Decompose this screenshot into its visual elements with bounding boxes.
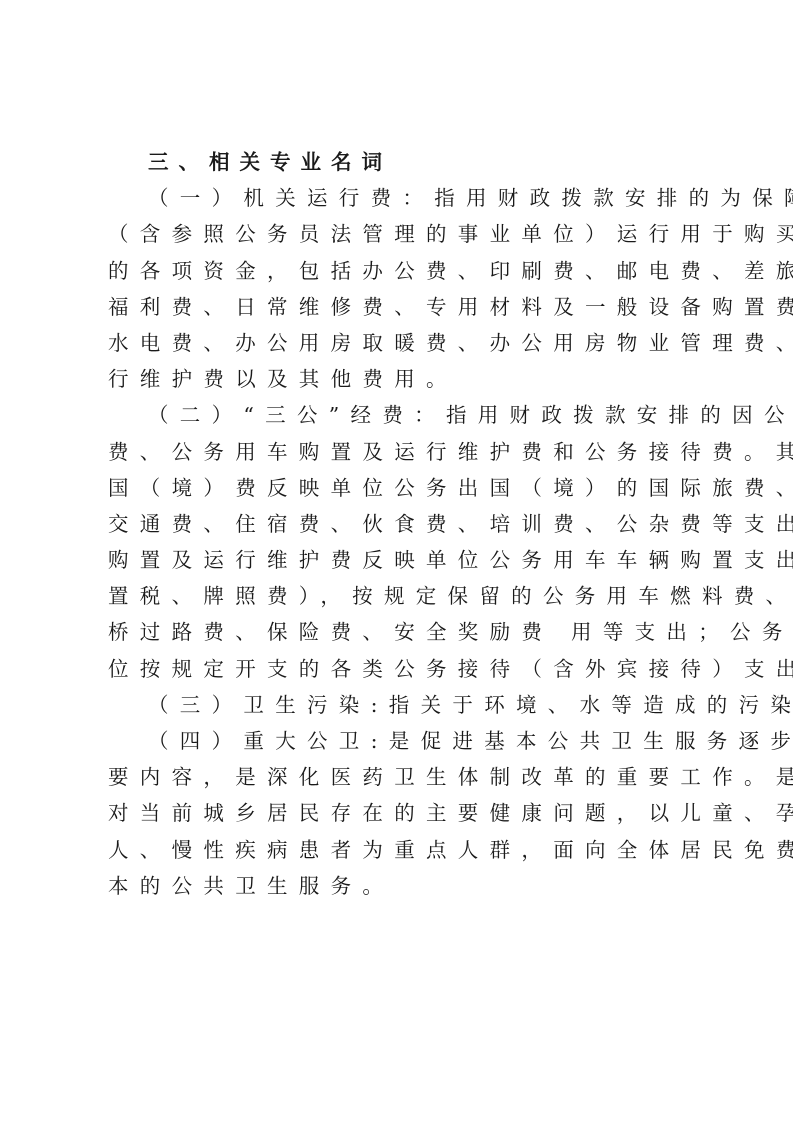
paragraph-line: 桥过路费、保险费、安全奖励费 用等支出；公务接待费反映单 [108,614,698,650]
item-3-weisheng-wuran: （三）卫生污染:指关于环境、水等造成的污染。 [108,687,698,723]
item-4-zhongda-gongwei: （四）重大公卫:是促进基本公共卫生服务逐步均等化的重 要内容，是深化医药卫生体制… [108,723,698,904]
paragraph-line: 水电费、办公用房取暖费、办公用房物业管理费、公务用车运 [108,325,698,361]
paragraph-line: 费、公务用车购置及运行维护费和公务接待费。其中，因公出 [108,434,698,470]
paragraph-line: （二）“三公”经费：指用财政拨款安排的因公出国（境） [108,397,698,433]
item-1-jiguan-yunxing-fei: （一）机关运行费：指用财政拨款安排的为保障行政单位 （含参照公务员法管理的事业单… [108,180,698,397]
paragraph-line: 购置及运行维护费反映单位公务用车车辆购置支出（含车辆购 [108,542,698,578]
paragraph-line: 交通费、住宿费、伙食费、培训费、公杂费等支出；公务用车 [108,506,698,542]
paragraph-line: 位按规定开支的各类公务接待（含外宾接待）支出。 [108,651,698,687]
paragraph-line: 国（境）费反映单位公务出国（境）的国际旅费、国外城市间 [108,470,698,506]
paragraph-line: 本的公共卫生服务。 [108,868,698,904]
paragraph-line: 福利费、日常维修费、专用材料及一般设备购置费、办公用房 [108,289,698,325]
paragraph-line: 对当前城乡居民存在的主要健康问题，以儿童、孕产妇、老年 [108,795,698,831]
paragraph-line: （三）卫生污染:指关于环境、水等造成的污染。 [108,687,698,723]
document-page: 三、相关专业名词 （一）机关运行费：指用财政拨款安排的为保障行政单位 （含参照公… [108,144,698,904]
paragraph-line: （含参照公务员法管理的事业单位）运行用于购买货物和服务 [108,216,698,252]
paragraph-line: 的各项资金，包括办公费、印刷费、邮电费、差旅费、会议费、 [108,253,698,289]
paragraph-line: 置税、牌照费），按规定保留的公务用车燃料费、维修费、过 [108,578,698,614]
paragraph-line: 行维护费以及其他费用。 [108,361,698,397]
paragraph-line: 人、慢性疾病患者为重点人群，面向全体居民免费提供的最基 [108,832,698,868]
item-2-sangong-jingfei: （二）“三公”经费：指用财政拨款安排的因公出国（境） 费、公务用车购置及运行维护… [108,397,698,687]
paragraph-line: （四）重大公卫:是促进基本公共卫生服务逐步均等化的重 [108,723,698,759]
paragraph-line: 要内容，是深化医药卫生体制改革的重要工作。是我国政府针 [108,759,698,795]
paragraph-line: （一）机关运行费：指用财政拨款安排的为保障行政单位 [108,180,698,216]
section-heading: 三、相关专业名词 [108,144,698,180]
